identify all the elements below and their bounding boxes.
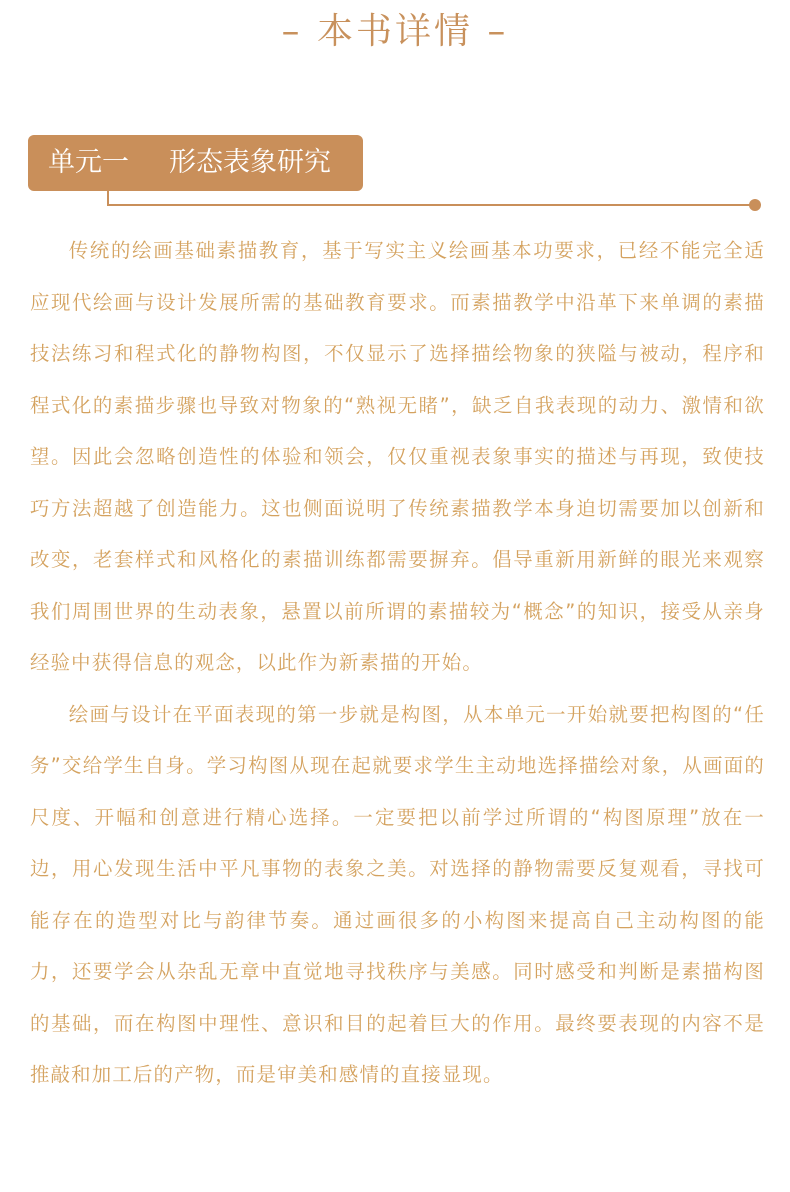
- paragraph-1: 传统的绘画基础素描教育，基于写实主义绘画基本功要求，已经不能完全适应现代绘画与设…: [30, 225, 765, 689]
- connector-dot-icon: [749, 199, 761, 211]
- page-title: – 本书详情 –: [0, 6, 790, 58]
- unit-header: 单元一形态表象研究: [28, 135, 363, 191]
- paragraph-2: 绘画与设计在平面表现的第一步就是构图，从本单元一开始就要把构图的“任务”交给学生…: [30, 689, 765, 1101]
- body-text: 传统的绘画基础素描教育，基于写实主义绘画基本功要求，已经不能完全适应现代绘画与设…: [30, 225, 765, 1101]
- connector-line-horizontal: [107, 204, 752, 206]
- unit-number: 单元一: [48, 135, 129, 191]
- unit-title: 形态表象研究: [169, 147, 331, 178]
